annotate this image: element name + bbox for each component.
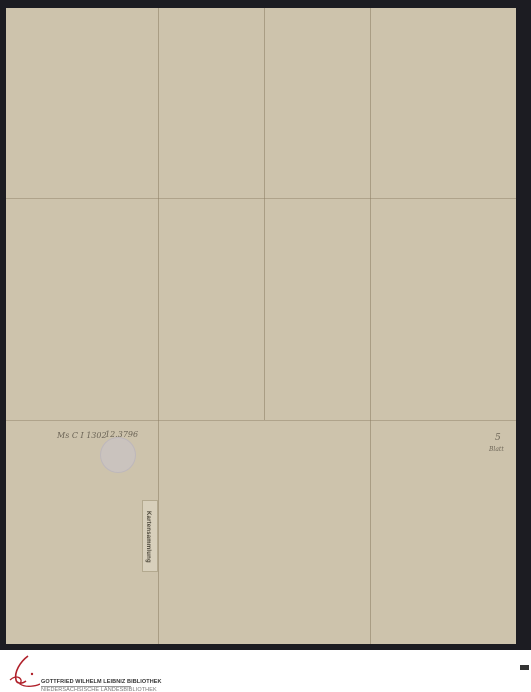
footer-bar: GOTTFRIED WILHELM LEIBNIZ BIBLIOTHEK NIE… [0, 650, 531, 692]
fold-line-horizontal [6, 198, 516, 199]
shelfmark-annotation: Ms C I 1302 [57, 431, 107, 440]
library-name-line1: GOTTFRIED WILHELM LEIBNIZ BIBLIOTHEK [41, 679, 162, 685]
library-name-line2: NIEDERSÄCHSISCHE LANDESBIBLIOTHEK [41, 687, 157, 692]
fold-line-vertical [264, 8, 265, 420]
fold-line-vertical [158, 8, 159, 644]
scan-background: Ms C I 1302 12.3796 5 Blatt Kartensammlu… [0, 0, 531, 650]
sheet-number-annotation: 5 [495, 433, 501, 443]
map-sheet [6, 8, 516, 644]
footer-divider [41, 686, 131, 687]
gwlb-logo-icon [6, 654, 40, 688]
spine-label-text: Kartensammlung [145, 511, 151, 563]
footer-badge [520, 665, 529, 670]
library-stamp [100, 437, 136, 473]
sheet-subnote-annotation: Blatt [489, 446, 504, 453]
fold-line-horizontal [6, 420, 516, 421]
spine-label: Kartensammlung [142, 500, 158, 572]
fold-line-vertical [370, 8, 371, 644]
